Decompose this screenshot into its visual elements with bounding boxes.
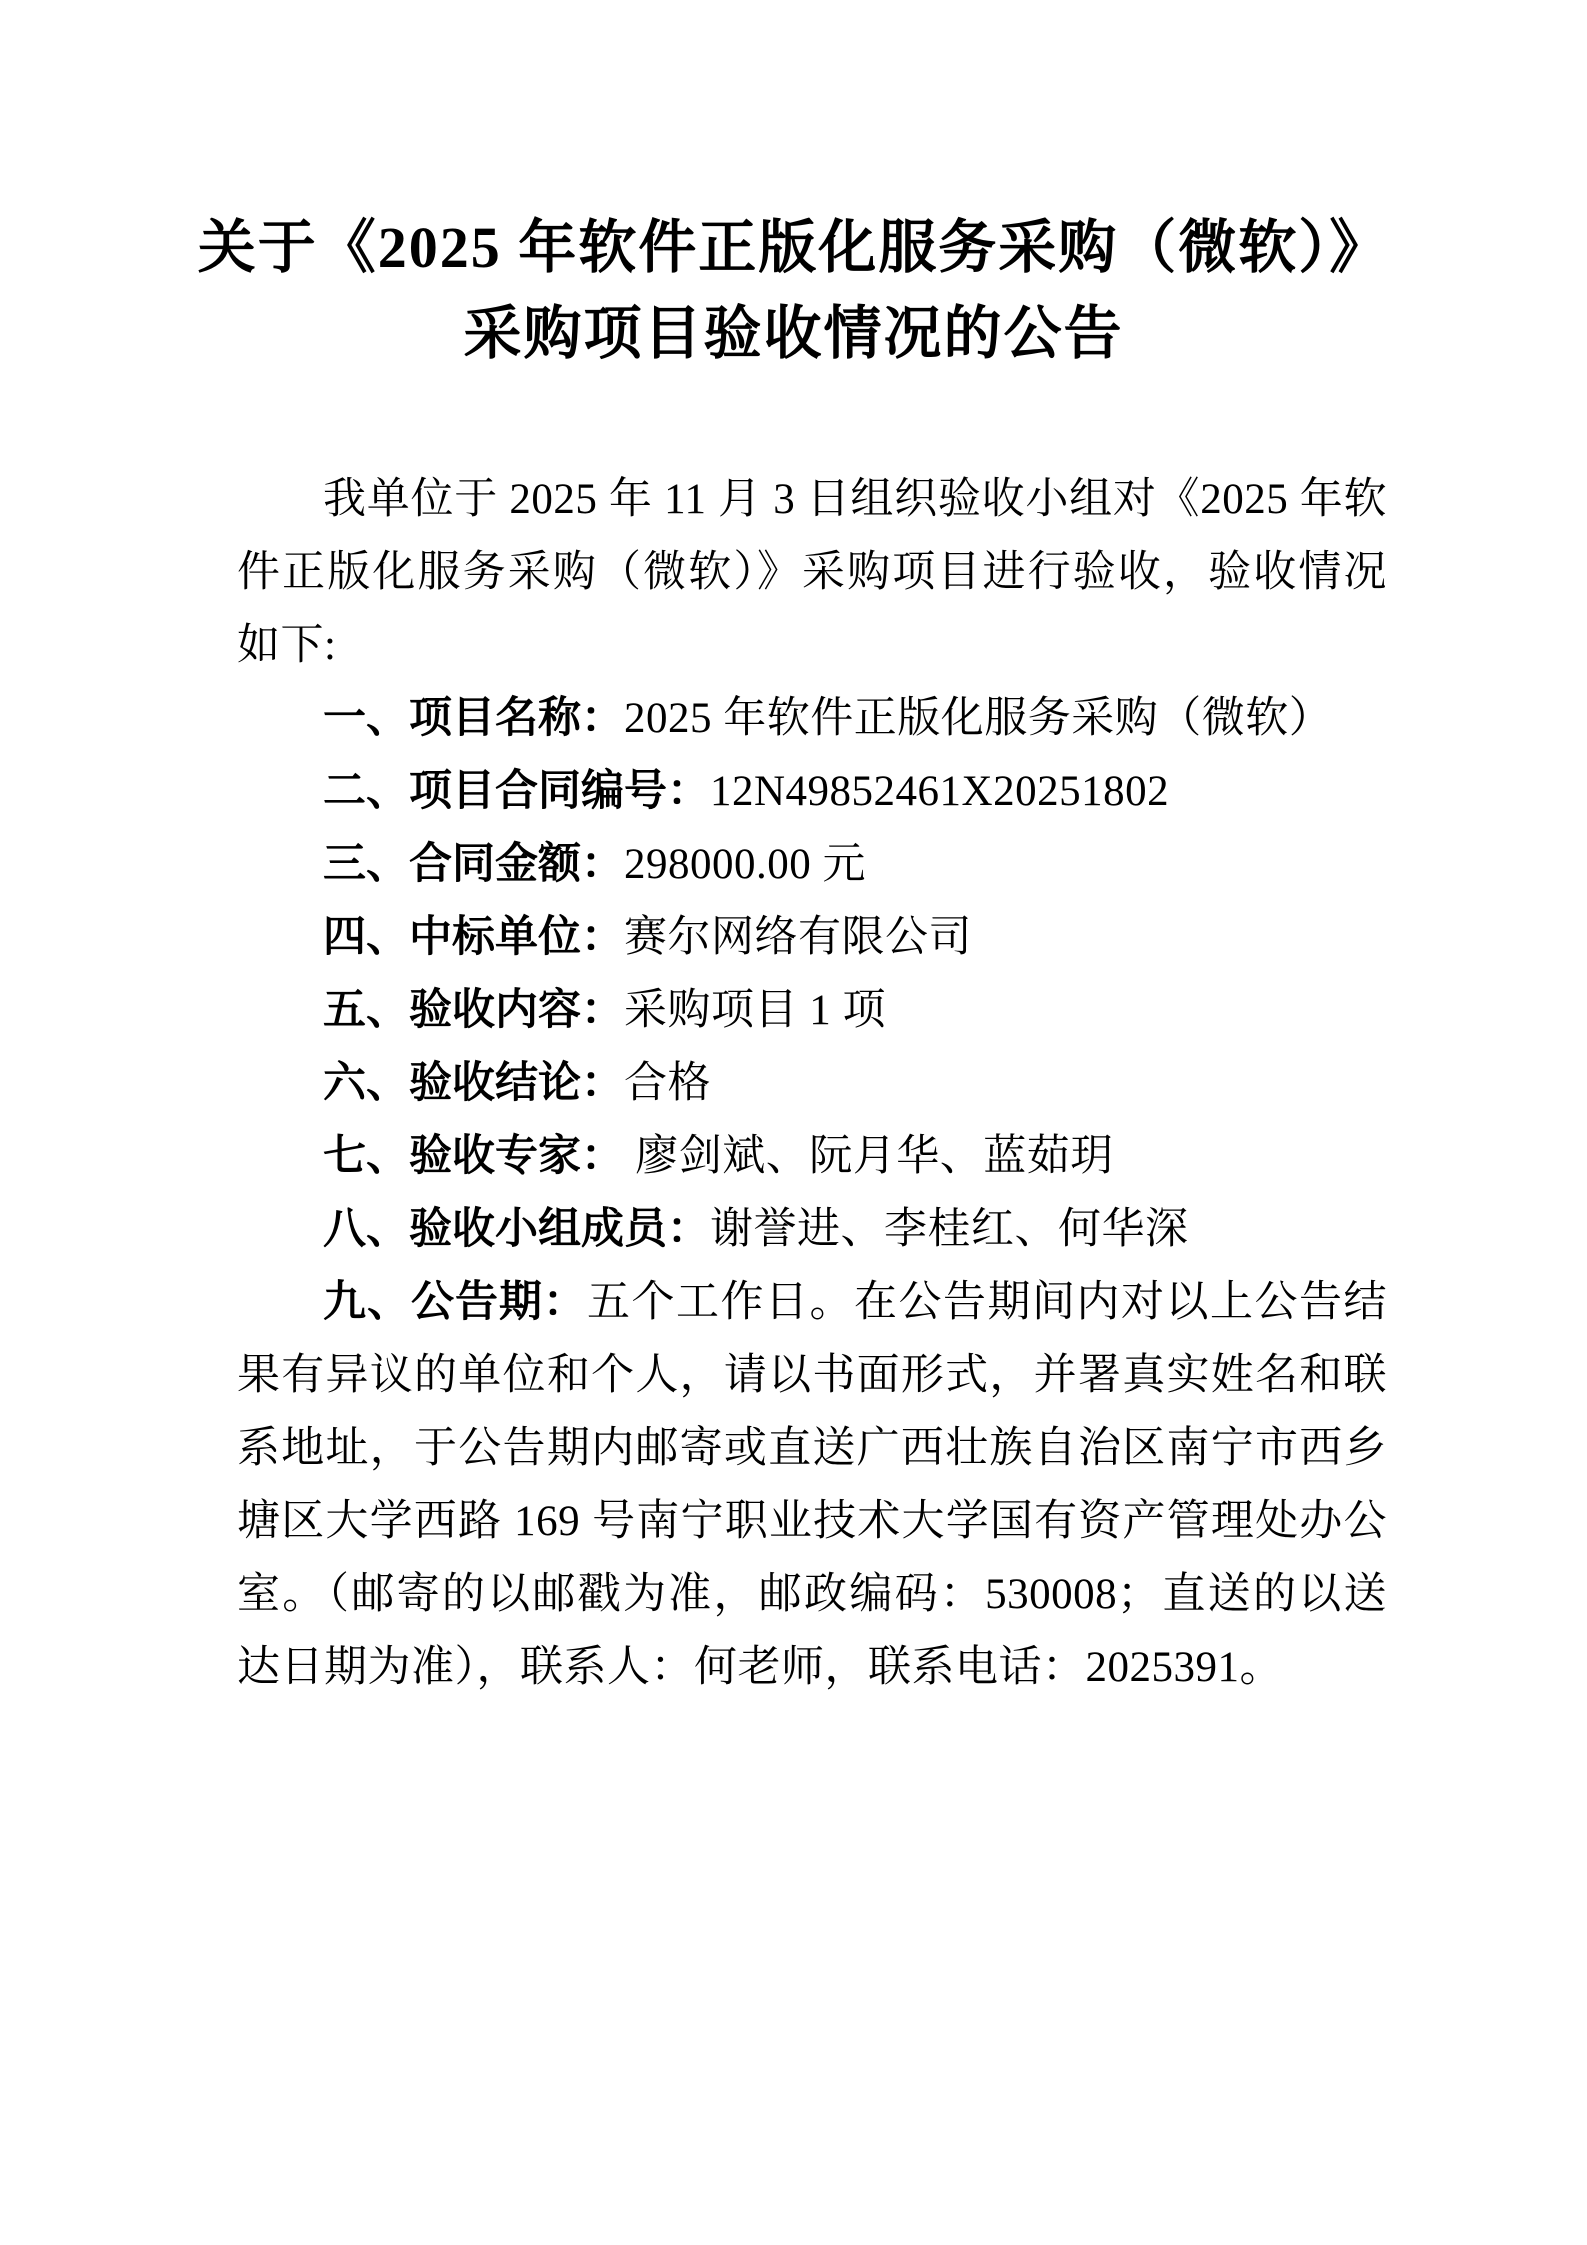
- item-acceptance-experts: 七、验收专家： 廖剑斌、阮月华、蓝茹玥: [237, 1120, 1387, 1193]
- item-label: 一、项目名称：: [323, 694, 624, 742]
- item-value: 廖剑斌、阮月华、蓝茹玥: [624, 1133, 1114, 1180]
- item-label: 七、验收专家：: [323, 1132, 624, 1180]
- item-label: 四、中标单位：: [323, 913, 624, 961]
- document-body: 我单位于 2025 年 11 月 3 日组织验收小组对《2025 年软件正版化服…: [237, 463, 1387, 1704]
- document-page: 关于《2025 年软件正版化服务采购（微软）》 采购项目验收情况的公告 我单位于…: [0, 0, 1587, 2245]
- item-value: 2025 年软件正版化服务采购（微软）: [624, 695, 1332, 742]
- item-acceptance-content: 五、验收内容：采购项目 1 项: [237, 974, 1387, 1047]
- item-contract-number: 二、项目合同编号：12N49852461X20251802: [237, 755, 1387, 828]
- item-announcement-period: 九、公告期：五个工作日。在公告期间内对以上公告结果有异议的单位和个人，请以书面形…: [237, 1266, 1387, 1704]
- document-title: 关于《2025 年软件正版化服务采购（微软）》 采购项目验收情况的公告: [150, 205, 1437, 377]
- item-label: 六、验收结论：: [323, 1059, 624, 1107]
- item-contract-amount: 三、合同金额：298000.00 元: [237, 828, 1387, 901]
- item-value: 12N49852461X20251802: [710, 768, 1169, 815]
- item-label: 五、验收内容：: [323, 986, 624, 1034]
- item-acceptance-conclusion: 六、验收结论：合格: [237, 1047, 1387, 1120]
- intro-paragraph: 我单位于 2025 年 11 月 3 日组织验收小组对《2025 年软件正版化服…: [237, 463, 1387, 682]
- item-value: 合格: [624, 1060, 711, 1107]
- item-project-name: 一、项目名称：2025 年软件正版化服务采购（微软）: [237, 682, 1387, 755]
- item-acceptance-team: 八、验收小组成员：谢誉进、李桂红、何华深: [237, 1193, 1387, 1266]
- item-label: 三、合同金额：: [323, 840, 624, 888]
- title-line-1: 关于《2025 年软件正版化服务采购（微软）》: [150, 205, 1437, 291]
- item-value: 298000.00 元: [624, 841, 866, 888]
- item-label: 九、公告期：: [323, 1278, 587, 1326]
- title-line-2: 采购项目验收情况的公告: [150, 291, 1437, 377]
- item-value: 采购项目 1 项: [624, 987, 886, 1034]
- item-winning-bidder: 四、中标单位：赛尔网络有限公司: [237, 901, 1387, 974]
- item-value: 赛尔网络有限公司: [624, 914, 972, 961]
- item-label: 八、验收小组成员：: [323, 1205, 710, 1253]
- item-label: 二、项目合同编号：: [323, 767, 710, 815]
- item-value: 谢誉进、李桂红、何华深: [710, 1206, 1189, 1253]
- item-value: 五个工作日。在公告期间内对以上公告结果有异议的单位和个人，请以书面形式，并署真实…: [237, 1279, 1387, 1691]
